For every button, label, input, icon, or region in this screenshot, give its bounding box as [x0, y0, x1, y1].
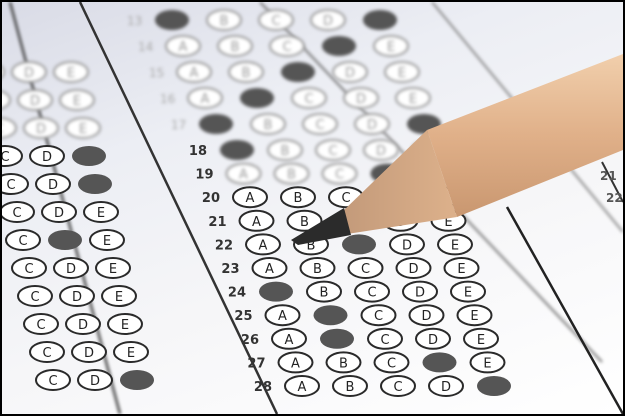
answer-sheet-photo: CDECDECDECDCDCDECECDECDECDECDECD 18BCDE1… — [2, 2, 623, 414]
photo-frame: CDECDECDECDCDCDECECDECDECDECDECD 18BCDE1… — [0, 0, 625, 416]
pencil — [2, 2, 623, 414]
pencil-body — [427, 54, 623, 217]
pencil-lead-tip — [291, 208, 351, 245]
